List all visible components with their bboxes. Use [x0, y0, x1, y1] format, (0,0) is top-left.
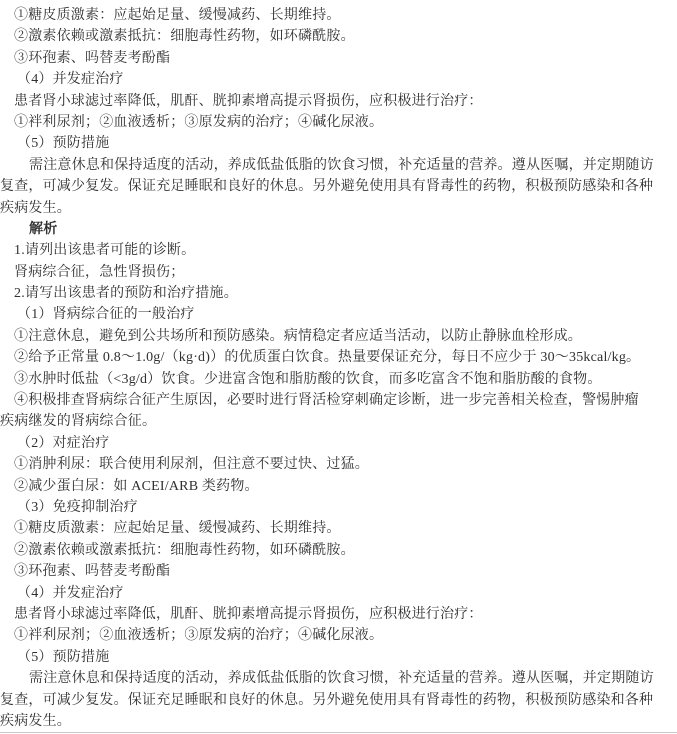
text-line: （4）并发症治疗 [0, 583, 677, 604]
answer-document-page: ①糖皮质激素：应起始足量、缓慢减药、长期维持。 ②激素依赖或激素抵抗：细胞毒性药… [0, 0, 677, 734]
text-line: （4）并发症治疗 [0, 69, 677, 90]
text-line: 疾病继发的肾病综合征。 [0, 411, 677, 432]
text-line: 疾病发生。 [0, 198, 677, 219]
text-line: 需注意休息和保持适度的活动，养成低盐低脂的饮食习惯，补充适量的营养。遵从医嘱，并… [0, 155, 677, 176]
text-line: ③水肿时低盐（<3g/d）饮食。少进富含饱和脂肪酸的饮食，而多吃富含不饱和脂肪酸… [0, 369, 677, 390]
bottom-divider [0, 732, 677, 733]
text-line: 疾病发生。 [0, 711, 677, 732]
text-line: ②激素依赖或激素抵抗：细胞毒性药物，如环磷酰胺。 [0, 540, 677, 561]
text-line: 患者肾小球滤过率降低，肌酐、胱抑素增高提示肾损伤，应积极进行治疗： [0, 604, 677, 625]
text-line: ②激素依赖或激素抵抗：细胞毒性药物，如环磷酰胺。 [0, 26, 677, 47]
text-line: ④积极排查肾病综合征产生原因，必要时进行肾活检穿刺确定诊断，进一步完善相关检查，… [0, 390, 677, 411]
text-line: （5）预防措施 [0, 133, 677, 154]
text-line: 1.请列出该患者可能的诊断。 [0, 240, 677, 261]
text-line: ①糖皮质激素：应起始足量、缓慢减药、长期维持。 [0, 518, 677, 539]
text-line: ①糖皮质激素：应起始足量、缓慢减药、长期维持。 [0, 5, 677, 26]
text-line: ③环孢素、吗替麦考酚酯 [0, 48, 677, 69]
text-line: ③环孢素、吗替麦考酚酯 [0, 561, 677, 582]
text-line: 复查，可减少复发。保证充足睡眠和良好的休息。另外避免使用具有肾毒性的药物，积极预… [0, 690, 677, 711]
text-line: 肾病综合征，急性肾损伤； [0, 262, 677, 283]
text-line: 需注意休息和保持适度的活动，养成低盐低脂的饮食习惯，补充适量的营养。遵从医嘱，并… [0, 668, 677, 689]
text-line: ②给予正常量 0.8～1.0g/（kg·d)）的优质蛋白饮食。热量要保证充分，每… [0, 347, 677, 368]
section-heading: 解析 [0, 219, 677, 240]
text-line: （1）肾病综合征的一般治疗 [0, 304, 677, 325]
text-line: ②减少蛋白尿：如 ACEI/ARB 类药物。 [0, 476, 677, 497]
text-line: （3）免疫抑制治疗 [0, 497, 677, 518]
text-line: （5）预防措施 [0, 647, 677, 668]
text-line: （2）对症治疗 [0, 433, 677, 454]
document-body: ①糖皮质激素：应起始足量、缓慢减药、长期维持。 ②激素依赖或激素抵抗：细胞毒性药… [0, 0, 677, 732]
text-line: ①消肿利尿：联合使用利尿剂，但注意不要过快、过猛。 [0, 454, 677, 475]
text-line: ①袢利尿剂；②血液透析；③原发病的治疗；④碱化尿液。 [0, 625, 677, 646]
text-line: ①注意休息，避免到公共场所和预防感染。病情稳定者应适当活动，以防止静脉血栓形成。 [0, 326, 677, 347]
text-line: 患者肾小球滤过率降低，肌酐、胱抑素增高提示肾损伤，应积极进行治疗： [0, 91, 677, 112]
text-line: ①袢利尿剂；②血液透析；③原发病的治疗；④碱化尿液。 [0, 112, 677, 133]
text-line: 2.请写出该患者的预防和治疗措施。 [0, 283, 677, 304]
text-line: 复查，可减少复发。保证充足睡眠和良好的休息。另外避免使用具有肾毒性的药物，积极预… [0, 176, 677, 197]
